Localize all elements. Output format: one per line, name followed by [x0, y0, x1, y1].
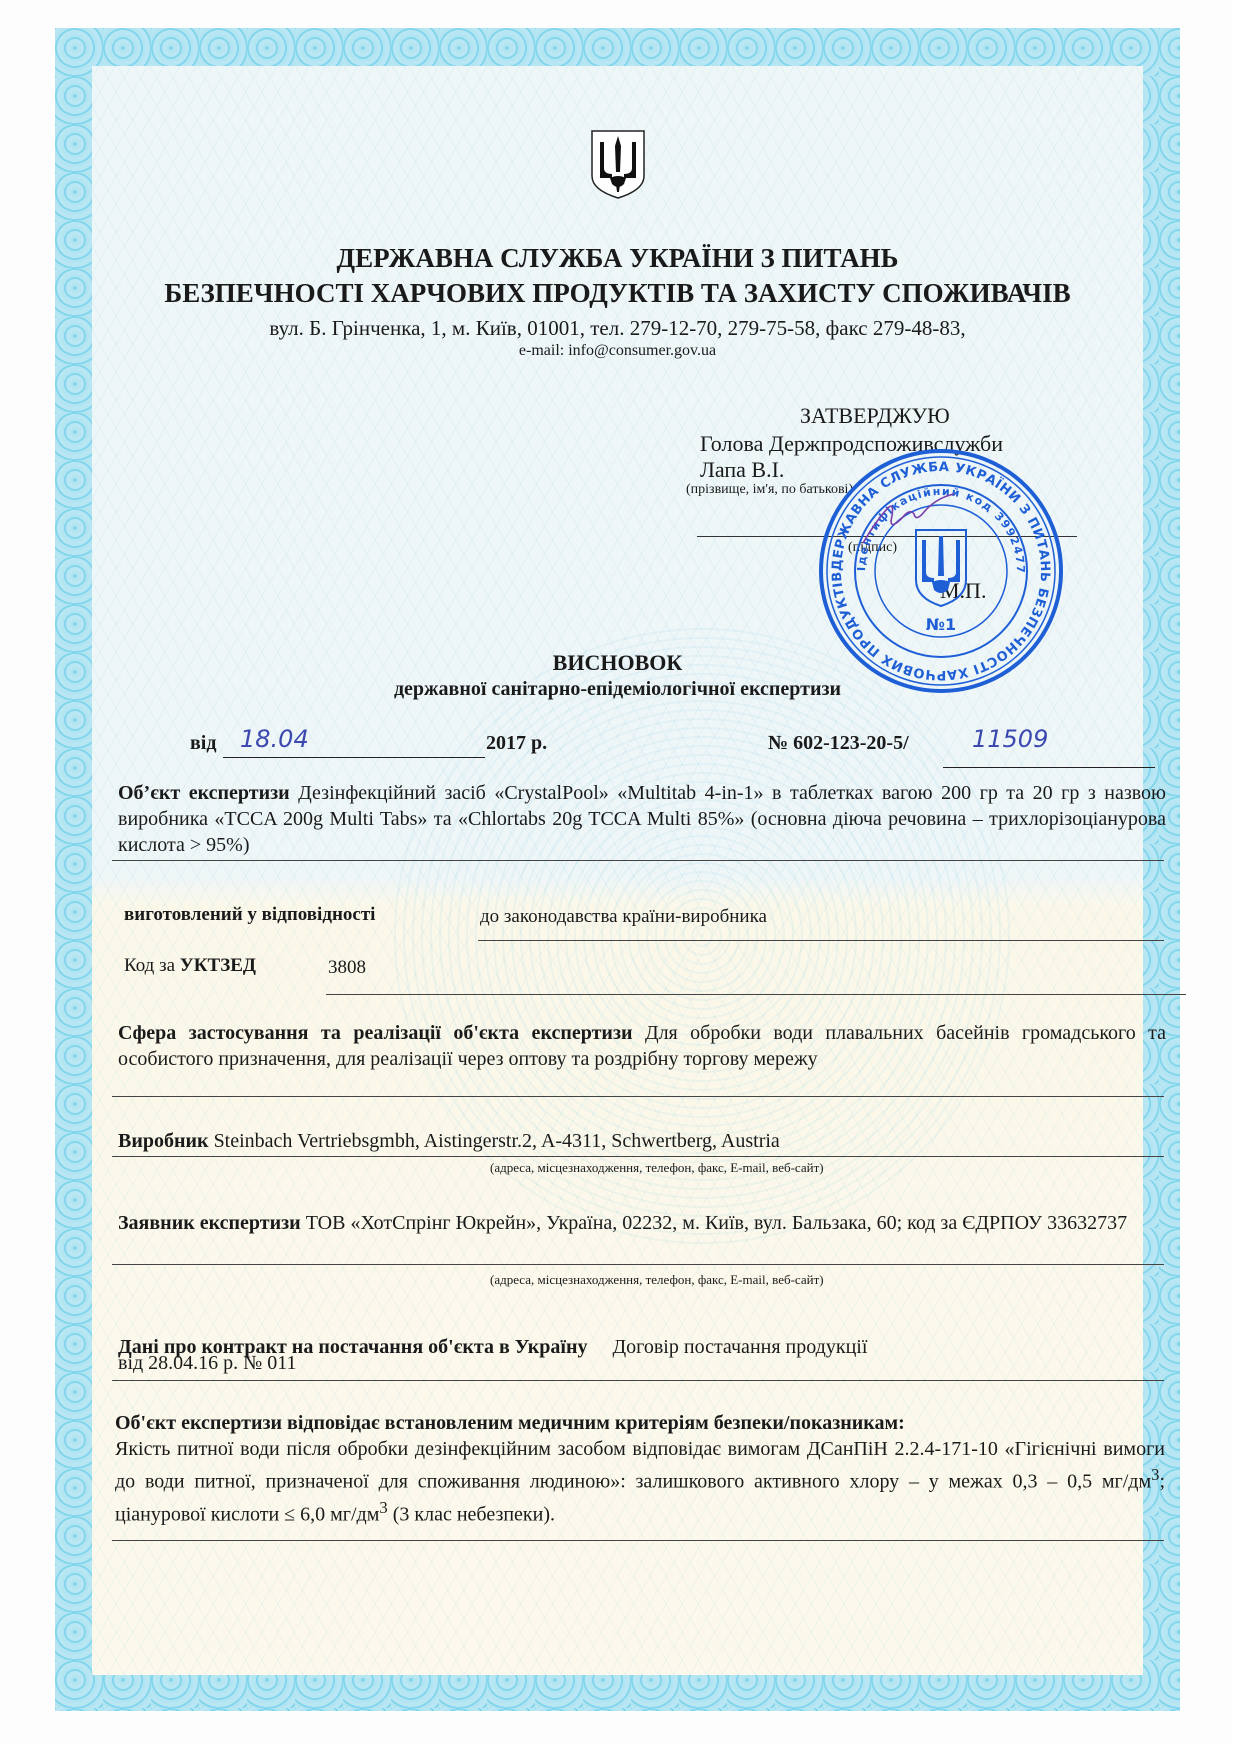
- field-manufacturer-label: Виробник: [118, 1130, 209, 1152]
- approver-name: Лапа В.І.: [700, 457, 784, 483]
- uktzed-label-main: УКТЗЕД: [180, 955, 256, 976]
- uktzed-value: 3808: [328, 957, 366, 979]
- uktzed-underline: [326, 994, 1186, 995]
- field-conformity-label: Об'єкт експертизи відповідає встановлени…: [115, 1412, 905, 1434]
- field-object-label: Об’єкт експертизи: [118, 782, 290, 804]
- document-number-handwritten: 11509: [972, 725, 1048, 753]
- conformity-sup-2: 3: [379, 1498, 387, 1517]
- applicant-underline: [112, 1264, 1164, 1265]
- org-address: вул. Б. Грінченка, 1, м. Київ, 01001, те…: [92, 316, 1143, 341]
- field-contract-date: від 28.04.16 р. № 011: [118, 1352, 297, 1375]
- uktzed-label-prefix: Код за: [124, 955, 175, 976]
- conformity-underline: [112, 1540, 1164, 1541]
- org-email: e-mail: info@consumer.gov.ua: [92, 342, 1143, 360]
- org-name-line1: ДЕРЖАВНА СЛУЖБА УКРАЇНИ З ПИТАНЬ: [92, 243, 1143, 274]
- field-manufacturer: Виробник Steinbach Vertriebsgmbh, Aistin…: [118, 1128, 1166, 1154]
- field-scope: Сфера застосування та реалізації об'єкта…: [118, 1020, 1166, 1072]
- conformity-text-3: (3 клас небезпеки).: [388, 1503, 555, 1525]
- date-year: 2017 р.: [486, 732, 547, 755]
- scope-underline: [112, 1096, 1164, 1097]
- org-name-line2: БЕЗПЕЧНОСТІ ХАРЧОВИХ ПРОДУКТІВ ТА ЗАХИСТ…: [92, 278, 1143, 309]
- made-according-value: до законодавства країни-виробника: [480, 906, 767, 928]
- field-manufacturer-value: Steinbach Vertriebsgmbh, Aistingerstr.2,…: [214, 1130, 780, 1152]
- field-applicant-label: Заявник експертизи: [118, 1212, 301, 1234]
- document-number-label: № 602-123-20-5/: [768, 732, 909, 755]
- field-applicant-value: ТОВ «ХотСпрінг Юкрейн», Україна, 02232, …: [306, 1212, 1127, 1234]
- made-according-label: виготовлений у відповідності: [124, 904, 375, 926]
- approve-heading: ЗАТВЕРДЖУЮ: [800, 403, 950, 429]
- applicant-hint: (адреса, місцезнаходження, телефон, факс…: [490, 1272, 824, 1288]
- field-contract-value: Договір постачання продукції: [613, 1336, 868, 1358]
- made-according-underline: [478, 940, 1164, 941]
- manufacturer-hint: (адреса, місцезнаходження, телефон, факс…: [490, 1160, 824, 1176]
- document-title: ВИСНОВОК: [92, 650, 1143, 676]
- date-line: [223, 757, 485, 758]
- field-object: Об’єкт експертизи Дезінфекційний засіб «…: [118, 780, 1166, 858]
- document-subtitle: державної санітарно-епідеміологічної екс…: [92, 678, 1143, 701]
- conformity-text-1: Якість питної води після обробки дезінфе…: [115, 1438, 1165, 1493]
- uktzed-label: Код за УКТЗЕД: [124, 955, 256, 977]
- contract-underline: [112, 1380, 1164, 1381]
- handwritten-signature: [858, 488, 968, 548]
- date-label: від: [190, 732, 216, 755]
- number-line: [943, 767, 1155, 768]
- object-underline: [112, 860, 1164, 861]
- field-applicant: Заявник експертизи ТОВ «ХотСпрінг Юкрейн…: [118, 1210, 1166, 1236]
- field-conformity: Об'єкт експертизи відповідає встановлени…: [115, 1410, 1165, 1527]
- field-scope-label: Сфера застосування та реалізації об'єкта…: [118, 1022, 633, 1044]
- trident-coat-of-arms-icon: [588, 128, 648, 200]
- date-handwritten: 18.04: [240, 725, 309, 753]
- manufacturer-underline: [112, 1156, 1164, 1157]
- svg-text:№1: №1: [926, 615, 956, 634]
